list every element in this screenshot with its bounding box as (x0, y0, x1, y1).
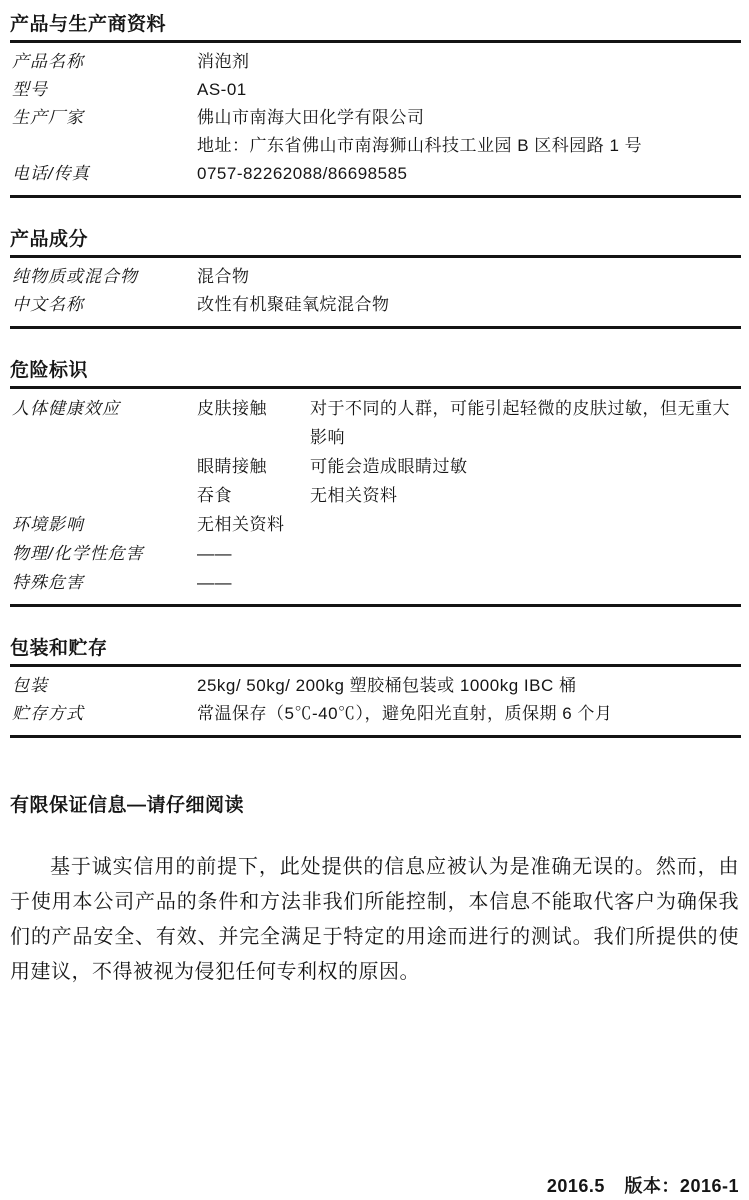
footer-date: 2016.5 (547, 1176, 605, 1196)
row-label: 电话/传真 (12, 160, 197, 188)
row-value: 混合物 (197, 263, 741, 291)
product-info-table: 产品名称 消泡剂 型号 AS-01 生产厂家 佛山市南海大田化学有限公司 地址：… (10, 43, 741, 198)
table-row: 物理/化学性危害 —— (12, 539, 741, 568)
row-value: 地址：广东省佛山市南海狮山科技工业园 B 区科园路 1 号 (197, 132, 741, 160)
section-title-product-info: 产品与生产商资料 (10, 13, 741, 43)
section-hazard: 危险标识 人体健康效应 皮肤接触 对于不同的人群，可能引起轻微的皮肤过敏，但无重… (10, 359, 741, 607)
table-row: 包装 25kg/ 50kg/ 200kg 塑胶桶包装或 1000kg IBC 桶 (12, 672, 741, 700)
table-row: 地址：广东省佛山市南海狮山科技工业园 B 区科园路 1 号 (12, 132, 741, 160)
table-row: 特殊危害 —— (12, 568, 741, 597)
row-label-empty (12, 452, 197, 481)
table-row: 环境影响 无相关资料 (12, 510, 741, 539)
composition-table: 纯物质或混合物 混合物 中文名称 改性有机聚硅氧烷混合物 (10, 258, 741, 329)
section-title-packaging: 包装和贮存 (10, 637, 741, 667)
row-value: 佛山市南海大田化学有限公司 (197, 104, 741, 132)
row-value: 无相关资料 (310, 481, 741, 510)
row-label: 纯物质或混合物 (12, 263, 197, 291)
section-title-composition: 产品成分 (10, 228, 741, 258)
row-label: 环境影响 (12, 510, 197, 539)
document-page: 产品与生产商资料 产品名称 消泡剂 型号 AS-01 生产厂家 佛山市南海大田化… (0, 0, 749, 1200)
row-value: 可能会造成眼睛过敏 (310, 452, 741, 481)
row-sublabel: 皮肤接触 (197, 394, 310, 452)
row-sublabel: 眼睛接触 (197, 452, 310, 481)
row-label: 贮存方式 (12, 700, 197, 728)
footer-version: 版本：2016-1 (624, 1176, 739, 1196)
row-value: 消泡剂 (197, 48, 741, 76)
row-value: 25kg/ 50kg/ 200kg 塑胶桶包装或 1000kg IBC 桶 (197, 672, 741, 700)
row-label: 物理/化学性危害 (12, 539, 197, 568)
table-row: 吞食 无相关资料 (12, 481, 741, 510)
table-row: 中文名称 改性有机聚硅氧烷混合物 (12, 291, 741, 319)
page-footer: 2016.5 版本：2016-1 (533, 1172, 739, 1198)
table-row: 产品名称 消泡剂 (12, 48, 741, 76)
packaging-table: 包装 25kg/ 50kg/ 200kg 塑胶桶包装或 1000kg IBC 桶… (10, 667, 741, 738)
row-value: —— (197, 568, 310, 597)
row-label: 特殊危害 (12, 568, 197, 597)
hazard-table: 人体健康效应 皮肤接触 对于不同的人群，可能引起轻微的皮肤过敏，但无重大影响 眼… (10, 389, 741, 607)
table-row: 贮存方式 常温保存（5℃-40℃），避免阳光直射，质保期 6 个月 (12, 700, 741, 728)
row-value-empty (310, 510, 741, 539)
section-product-info: 产品与生产商资料 产品名称 消泡剂 型号 AS-01 生产厂家 佛山市南海大田化… (10, 13, 741, 198)
section-packaging: 包装和贮存 包装 25kg/ 50kg/ 200kg 塑胶桶包装或 1000kg… (10, 637, 741, 738)
table-row: 电话/传真 0757-82262088/86698585 (12, 160, 741, 188)
row-value: AS-01 (197, 76, 741, 104)
row-value: 0757-82262088/86698585 (197, 160, 741, 188)
row-label: 型号 (12, 76, 197, 104)
table-row: 眼睛接触 可能会造成眼睛过敏 (12, 452, 741, 481)
row-value: 无相关资料 (197, 510, 310, 539)
row-label: 产品名称 (12, 48, 197, 76)
row-label-empty (12, 481, 197, 510)
warranty-title: 有限保证信息—请仔细阅读 (10, 790, 741, 817)
table-row: 纯物质或混合物 混合物 (12, 263, 741, 291)
row-label: 人体健康效应 (12, 394, 197, 452)
row-value-empty (310, 539, 741, 568)
row-label: 生产厂家 (12, 104, 197, 132)
row-label: 中文名称 (12, 291, 197, 319)
section-title-hazard: 危险标识 (10, 359, 741, 389)
row-label (12, 132, 197, 160)
table-row: 生产厂家 佛山市南海大田化学有限公司 (12, 104, 741, 132)
row-value: 对于不同的人群，可能引起轻微的皮肤过敏，但无重大影响 (310, 394, 741, 452)
warranty-paragraph: 基于诚实信用的前提下，此处提供的信息应被认为是准确无误的。然而，由于使用本公司产… (10, 850, 741, 990)
section-composition: 产品成分 纯物质或混合物 混合物 中文名称 改性有机聚硅氧烷混合物 (10, 228, 741, 329)
table-row: 人体健康效应 皮肤接触 对于不同的人群，可能引起轻微的皮肤过敏，但无重大影响 (12, 394, 741, 452)
row-value: 常温保存（5℃-40℃），避免阳光直射，质保期 6 个月 (197, 700, 741, 728)
row-value-empty (310, 568, 741, 597)
table-row: 型号 AS-01 (12, 76, 741, 104)
row-sublabel: 吞食 (197, 481, 310, 510)
row-value: —— (197, 539, 310, 568)
row-label: 包装 (12, 672, 197, 700)
row-value: 改性有机聚硅氧烷混合物 (197, 291, 741, 319)
